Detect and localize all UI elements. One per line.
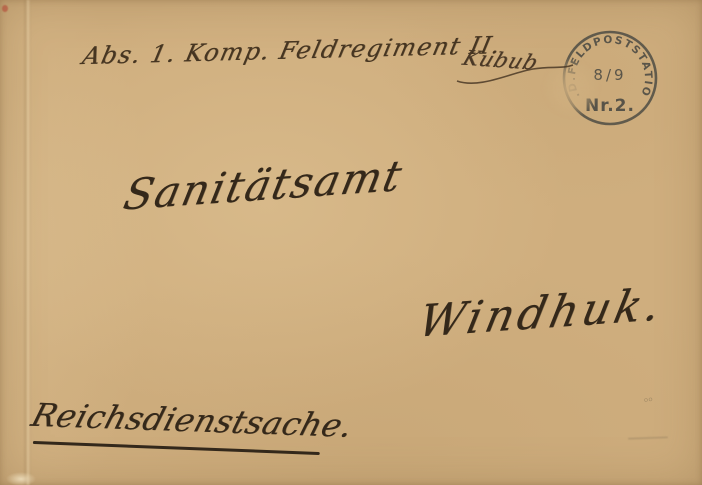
envelope: Abs. 1. Komp. Feldregiment II. Kubub K.D… (0, 0, 702, 485)
pencil-smudge: ᵒᵒ (643, 393, 666, 408)
sender-line: Abs. 1. Komp. Feldregiment II. (80, 31, 505, 70)
endorsement-underline (33, 441, 320, 455)
corner-damage (6, 472, 36, 485)
destination-line: Windhuk. (414, 279, 669, 348)
handwriting-flourish (455, 55, 585, 100)
pencil-smudge-dash (628, 436, 668, 439)
endorsement-line: Reichsdienstsache. (27, 396, 358, 445)
fold-crease (23, 0, 31, 485)
addressee-line: Sanitätsamt (119, 151, 407, 220)
paper-speck (2, 5, 8, 12)
